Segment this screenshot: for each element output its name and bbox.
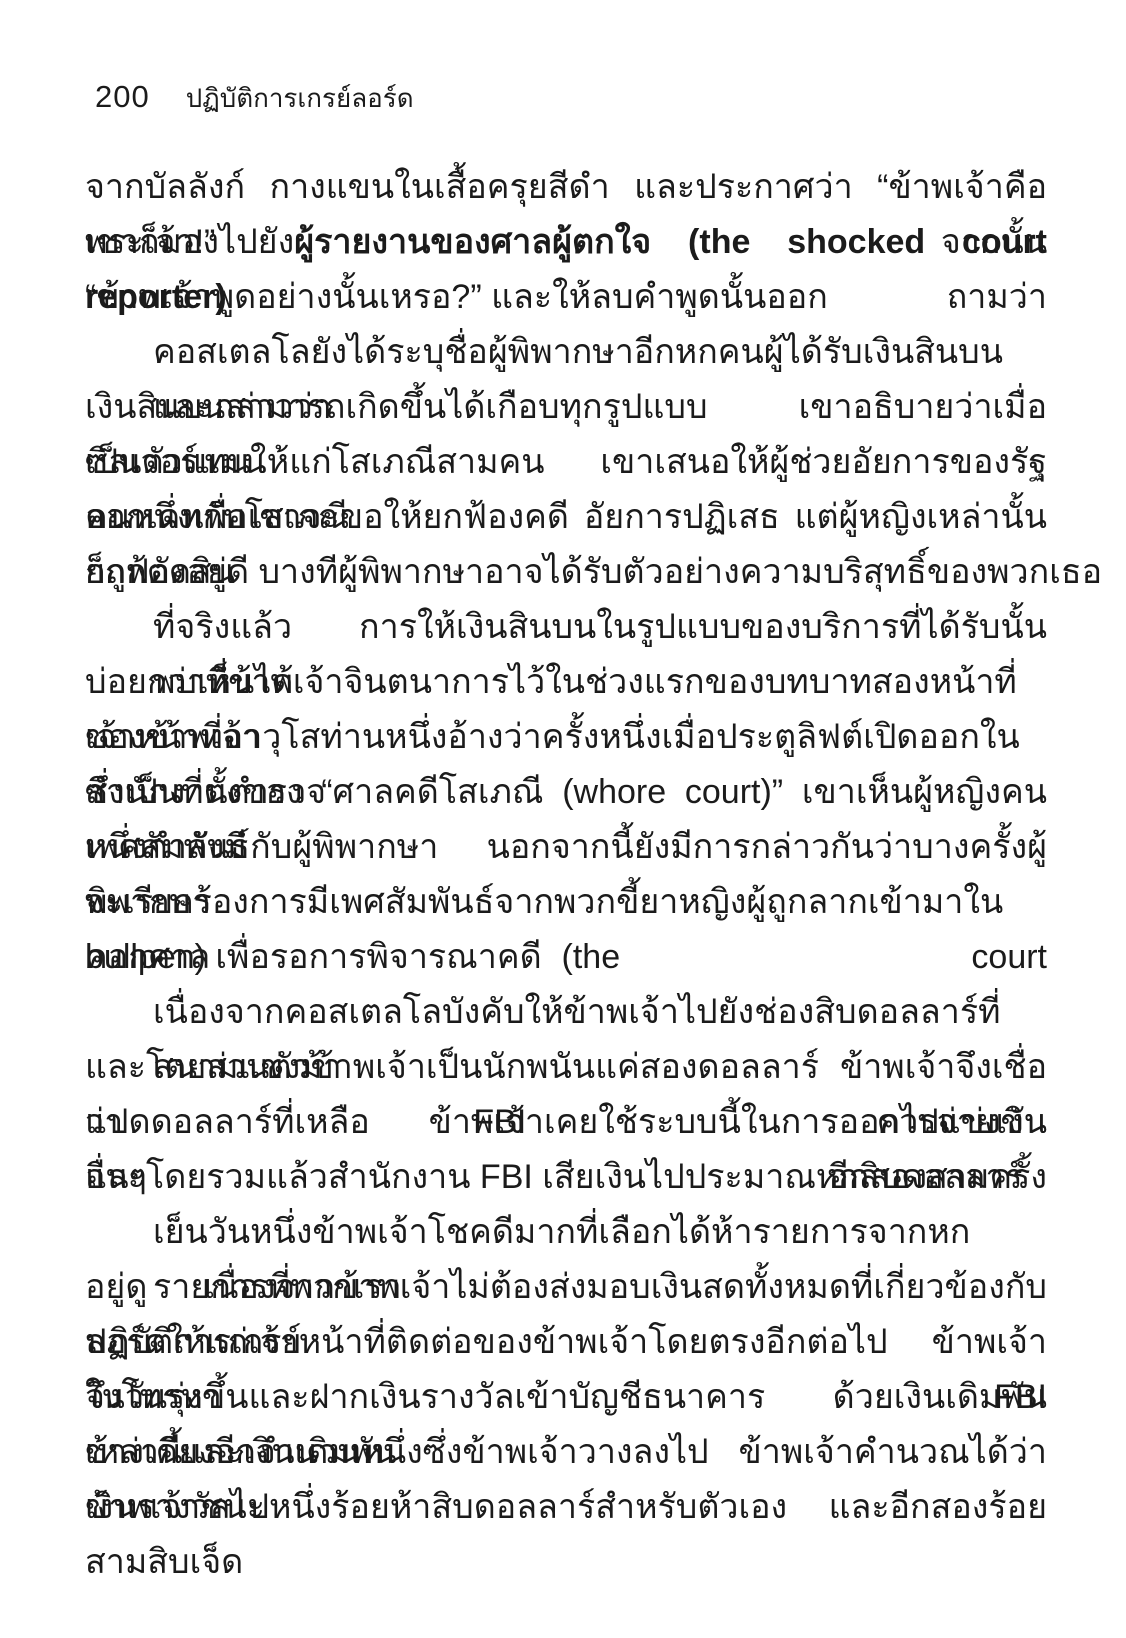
text-line: เขาก็มองไปยังผู้รายงานของศาลผู้ตกใจ (the… <box>85 215 1047 270</box>
paragraph: เย็นวันหนึ่งข้าพเจ้าโชคดีมากที่เลือกได้ห… <box>85 1205 1047 1535</box>
text-segment: เงินรางวัลไปหนึ่งร้อยห้าสิบดอลลาร์สำหรับ… <box>85 1488 1047 1581</box>
page-body: จากบัลลังก์ กางแขนในเสื้อครุยสีดำ และประ… <box>85 160 1047 1535</box>
text-line: ข้างเคียงอีกจำนวนหนึ่งซึ่งข้าพเจ้าวางลงไ… <box>85 1425 1047 1480</box>
text-line: เงินสินบนสามารถเกิดขึ้นได้เกือบทุกรูปแบบ… <box>85 380 1047 435</box>
text-line: เย็นวันหนึ่งข้าพเจ้าโชคดีมากที่เลือกได้ห… <box>85 1205 1047 1260</box>
paragraph: เนื่องจากคอสเตลโลบังคับให้ข้าพเจ้าไปยังช… <box>85 985 1047 1205</box>
text-line: เงินรางวัลไปหนึ่งร้อยห้าสิบดอลลาร์สำหรับ… <box>85 1480 1047 1535</box>
text-line: เป็นตัวแทนให้แก่โสเภณีสามคน เขาเสนอให้ผู… <box>85 435 1047 490</box>
text-line: ยกฟ้องอยู่ดี บางทีผู้พิพากษาอาจได้รับตัว… <box>85 545 1047 600</box>
text-segment: เขาก็มองไปยัง <box>85 223 294 261</box>
text-line: ซึ่งเป็นที่ตั้งของ “ศาลคดีโสเภณี (whore … <box>85 765 1047 820</box>
text-line: เพศสัมพันธ์กับผู้พิพากษา นอกจากนี้ยังมีก… <box>85 820 1047 875</box>
text-line: และโดยรวมแล้วสำนักงาน FBI เสียเงินไปประม… <box>85 1150 1047 1205</box>
text-segment: bullpen) เพื่อรอการพิจารณาคดี <box>85 938 542 976</box>
text-line: เจ้าหน้าที่อาวุโสท่านหนึ่งอ้างว่าครั้งหน… <box>85 710 1047 765</box>
paragraph: ที่จริงแล้ว การให้เงินสินบนในรูปแบบของบร… <box>85 600 1047 985</box>
text-line: จะเรียกร้องการมีเพศสัมพันธ์จากพวกขี้ยาหญ… <box>85 875 1047 930</box>
text-line: ในวันรุ่งขึ้นและฝากเงินรางวัลเข้าบัญชีธน… <box>85 1370 1047 1425</box>
paragraph: จากบัลลังก์ กางแขนในเสื้อครุยสีดำ และประ… <box>85 160 1047 325</box>
page-number: 200 <box>95 79 150 115</box>
running-head-title: ปฏิบัติการเกรย์ลอร์ด <box>186 78 414 119</box>
text-line: อยู่ดู เนื่องจากข้าพเจ้าไม่ต้องส่งมอบเงิ… <box>85 1260 1047 1315</box>
text-line: ที่จริงแล้ว การให้เงินสินบนในรูปแบบของบร… <box>85 600 1047 655</box>
text-line: เนื่องจากคอสเตลโลบังคับให้ข้าพเจ้าไปยังช… <box>85 985 1047 1040</box>
text-line: คอสเตลโลยังได้ระบุชื่อผู้พิพากษาอีกหกคนผ… <box>85 325 1047 380</box>
text-line: คนหนึ่งเพื่อเขาจะขอให้ยกฟ้องคดี อัยการปฏ… <box>85 490 1047 545</box>
text-line: ลอร์ดให้แก่เจ้าหน้าที่ติดต่อของข้าพเจ้าโ… <box>85 1315 1047 1370</box>
paragraph: คอสเตลโลยังได้ระบุชื่อผู้พิพากษาอีกหกคนผ… <box>85 325 1047 600</box>
text-segment: ยกฟ้องอยู่ดี บางทีผู้พิพากษาอาจได้รับตัว… <box>85 553 1102 591</box>
text-line: แปดดอลลาร์ที่เหลือ ข้าพเจ้าเคยใช้ระบบนี้… <box>85 1095 1047 1150</box>
running-header: 200 ปฏิบัติการเกรย์ลอร์ด <box>95 78 1045 119</box>
text-segment: “ข้าพเจ้าพูดอย่างนั้นเหรอ?” และให้ลบคำพู… <box>85 278 828 316</box>
text-line: บ่อยกว่าที่ข้าพเจ้าจินตนาการไว้ในช่วงแรก… <box>85 655 1047 710</box>
book-page: 200 ปฏิบัติการเกรย์ลอร์ด จากบัลลังก์ กาง… <box>0 0 1126 1638</box>
text-line: จากบัลลังก์ กางแขนในเสื้อครุยสีดำ และประ… <box>85 160 1047 215</box>
text-segment: และโดยรวมแล้วสำนักงาน FBI เสียเงินไปประม… <box>85 1158 1023 1196</box>
text-line: และโดยส่วนตัวข้าพเจ้าเป็นนักพนันแค่สองดอ… <box>85 1040 1047 1095</box>
